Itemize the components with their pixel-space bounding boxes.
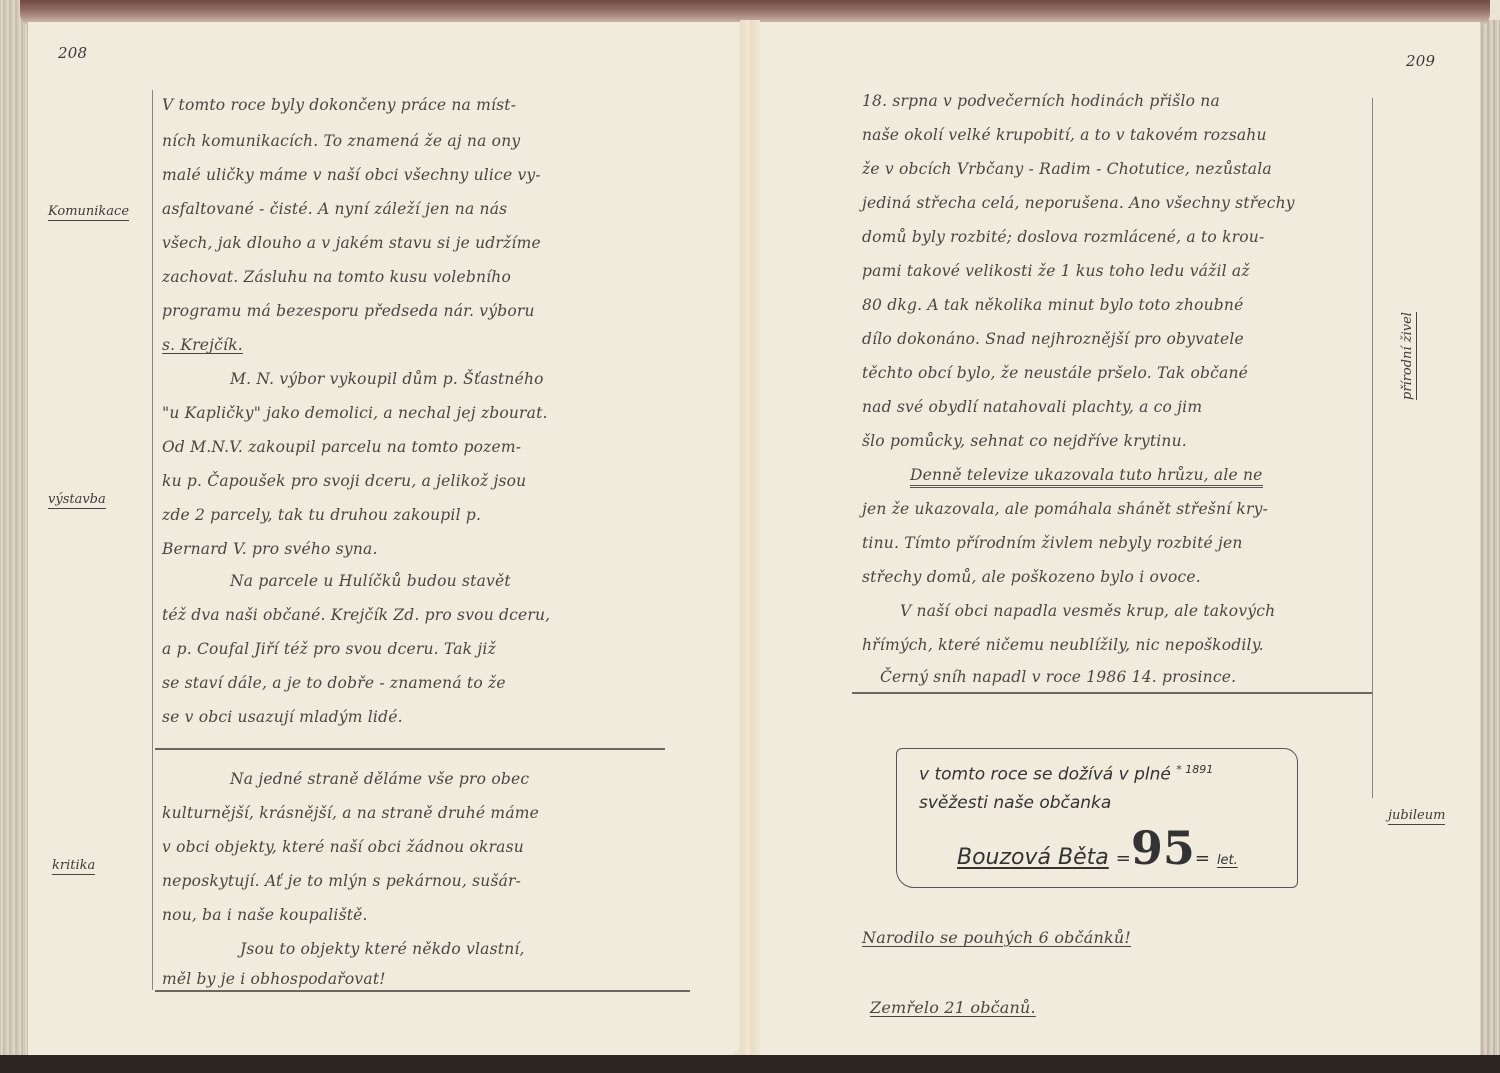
jubilee-age: 95 [1131,821,1195,875]
text-line: neposkytují. Ať je to mlýn s pekárnou, s… [162,872,521,890]
text-line: Bernard V. pro svého syna. [162,540,378,558]
deaths-note: Zemřelo 21 občanů. [870,998,1036,1017]
text-line: pami takové velikosti že 1 kus toho ledu… [862,262,1250,280]
text-line: kulturnější, krásnější, a na straně druh… [162,804,539,822]
text-line: naše okolí velké krupobití, a to v takov… [862,126,1267,144]
jubilee-text: v tomto roce se dožívá v plné [919,765,1171,785]
right-page-stack-edge [1478,20,1500,1060]
right-margin-rule [1372,98,1373,798]
text-line: nad své obydlí natahovali plachty, a co … [862,398,1202,416]
text-line: ních komunikacích. To znamená že aj na o… [162,132,520,150]
text-line: všech, jak dlouho a v jakém stavu si je … [162,234,541,252]
text-line: V naší obci napadla vesměs krup, ale tak… [900,602,1275,620]
text-line: šlo pomůcky, sehnat co nejdříve krytinu. [862,432,1187,450]
text-line: V tomto roce byly dokončeny práce na mís… [162,96,516,114]
jubilee-birth-year: * 1891 [1176,763,1213,776]
left-margin-rule [152,90,153,990]
text-line: zde 2 parcely, tak tu druhou zakoupil p. [162,506,481,524]
text-line: Na parcele u Hulíčků budou stavět [230,572,511,590]
margin-note-vystavba: výstavba [48,492,106,509]
text-line: programu má bezesporu předseda nár. výbo… [162,302,535,320]
text-line: Jsou to objekty které někdo vlastní, [240,940,525,958]
text-line: asfaltované - čisté. A nyní záleží jen n… [162,200,507,218]
text-line: domů byly rozbité; doslova rozmlácené, a… [862,228,1264,246]
open-book: 208 Komunikace výstavba kritika V tomto … [0,0,1500,1060]
section-divider [852,692,1372,694]
text-line: M. N. výbor vykoupil dům p. Šťastného [230,370,544,388]
text-line: malé uličky máme v naší obci všechny uli… [162,166,541,184]
text-line: 18. srpna v podvečerních hodinách přišlo… [862,92,1220,110]
jubilee-name: Bouzová Běta [957,845,1109,870]
text-line: nou, ba i naše koupaliště. [162,906,368,924]
margin-note-kritika: kritika [52,858,95,875]
births-note: Narodilo se pouhých 6 občánků! [862,928,1131,947]
jubilee-age-unit: let. [1217,853,1238,868]
text-line: měl by je i obhospodařovat! [162,970,386,988]
book-gutter [740,20,760,1060]
text-line: Černý sníh napadl v roce 1986 14. prosin… [880,668,1236,686]
text-line: v obci objekty, které naší obci žádnou o… [162,838,524,856]
text-line: ku p. Čapoušek pro svoji dceru, a jeliko… [162,472,526,490]
text-line: jediná střecha celá, neporušena. Ano vše… [862,194,1295,212]
text-line: zachovat. Zásluhu na tomto kusu volebníh… [162,268,511,286]
text-line: dílo dokonáno. Snad nejhroznější pro oby… [862,330,1244,348]
text-line: hřímých, které ničemu neublížily, nic ne… [862,636,1264,654]
jubilee-line-1: v tomto roce se dožívá v plné * 1891 [919,763,1213,785]
margin-note-prirodni-zivel: přírodní živel [1400,312,1417,400]
margin-note-jubileum: jubileum [1388,808,1445,825]
text-line: střechy domů, ale poškozeno bylo i ovoce… [862,568,1201,586]
page-number-left: 208 [58,44,87,62]
text-line-underlined: s. Krejčík. [162,336,243,354]
text-line: "u Kapličky" jako demolici, a nechal jej… [162,404,548,422]
jubilee-name-row: Bouzová Běta =95= let. [957,821,1238,875]
text-line: Od M.N.V. zakoupil parcelu na tomto poze… [162,438,521,456]
text-line: jen že ukazovala, ale pomáhala shánět st… [862,500,1268,518]
text-line: též dva naši občané. Krejčík Zd. pro svo… [162,606,550,624]
margin-note-komunikace: Komunikace [48,204,129,221]
section-divider [155,748,665,750]
text-line-double-underlined: Denně televize ukazovala tuto hrůzu, ale… [910,466,1263,488]
text-line: tinu. Tímto přírodním živlem nebyly rozb… [862,534,1243,552]
text-line: se staví dále, a je to dobře - znamená t… [162,674,506,692]
text-line: se v obci usazují mladým lidé. [162,708,403,726]
jubilee-line-2: svěžesti naše občanka [919,793,1111,813]
text-line: 80 dkg. A tak několika minut bylo toto z… [862,296,1243,314]
text-line: těchto obcí bylo, že neustále pršelo. Ta… [862,364,1248,382]
text-line: a p. Coufal Jiří též pro svou dceru. Tak… [162,640,496,658]
text-line: Na jedné straně děláme vše pro obec [230,770,529,788]
left-page-stack-edge [0,0,30,1060]
section-divider [155,990,690,992]
text-line: že v obcích Vrbčany - Radim - Chotutice,… [862,160,1272,178]
jubilee-box: v tomto roce se dožívá v plné * 1891 svě… [896,748,1298,888]
page-number-right: 209 [1406,52,1435,70]
bottom-shadow [0,1055,1500,1073]
